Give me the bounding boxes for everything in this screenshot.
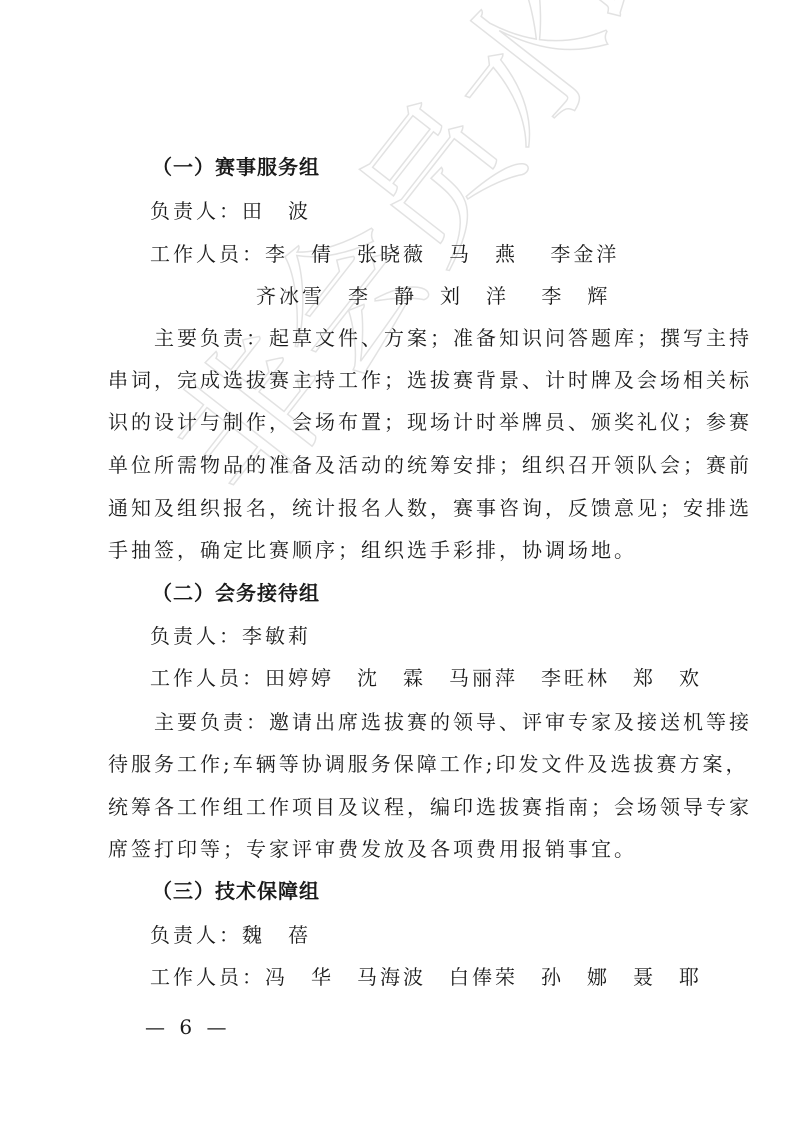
section-2-duties-line: 主要负责：邀请出席选拔赛的领导、评审专家及接送机等接 bbox=[108, 708, 752, 736]
page-number: — 6 — bbox=[145, 1013, 230, 1041]
section-1-duties-line: 识的设计与制作，会场布置；现场计时举牌员、颁奖礼仪；参赛 bbox=[108, 408, 752, 436]
section-1-staff-line1: 工作人员：李 倩 张晓薇 马 燕 李金洋 bbox=[150, 240, 619, 268]
section-1-staff-line2: 齐冰雪 李 静 刘 洋 李 辉 bbox=[256, 282, 610, 310]
section-2-staff-line1: 工作人员：田婷婷 沈 霖 马丽萍 李旺林 郑 欢 bbox=[150, 664, 702, 692]
section-3-leader: 负责人：魏 蓓 bbox=[150, 921, 311, 949]
section-1-duties-line: 主要负责：起草文件、方案；准备知识问答题库；撰写主持 bbox=[108, 324, 752, 352]
section-3-staff-line1: 工作人员：冯 华 马海波 白俸荣 孙 娜 聂 耶 bbox=[150, 963, 702, 991]
section-1-duties-line: 单位所需物品的准备及活动的统筹安排；组织召开领队会；赛前 bbox=[108, 451, 752, 479]
section-heading-2: （二）会务接待组 bbox=[152, 579, 320, 607]
section-2-duties-line: 统筹各工作组工作项目及议程，编印选拔赛指南；会场领导专家 bbox=[108, 793, 752, 821]
section-2-duties-line: 席签打印等；专家评审费发放及各项费用报销事宜。 bbox=[108, 835, 637, 863]
section-1-duties-line: 串词，完成选拔赛主持工作；选拔赛背景、计时牌及会场相关标 bbox=[108, 366, 752, 394]
section-heading-3: （三）技术保障组 bbox=[152, 877, 320, 905]
document-page: 非会员水印 （一）赛事服务组 负责人：田 波 工作人员：李 倩 张晓薇 马 燕 … bbox=[0, 0, 793, 1122]
section-2-leader: 负责人：李敏莉 bbox=[150, 622, 311, 650]
section-1-leader: 负责人：田 波 bbox=[150, 197, 311, 225]
section-1-duties-line: 手抽签，确定比赛顺序；组织选手彩排，协调场地。 bbox=[108, 536, 637, 564]
section-1-duties-line: 通知及组织报名，统计报名人数，赛事咨询，反馈意见；安排选 bbox=[108, 494, 752, 522]
section-2-duties-line: 待服务工作;车辆等协调服务保障工作;印发文件及选拔赛方案， bbox=[108, 750, 748, 778]
section-heading-1: （一）赛事服务组 bbox=[152, 153, 320, 181]
